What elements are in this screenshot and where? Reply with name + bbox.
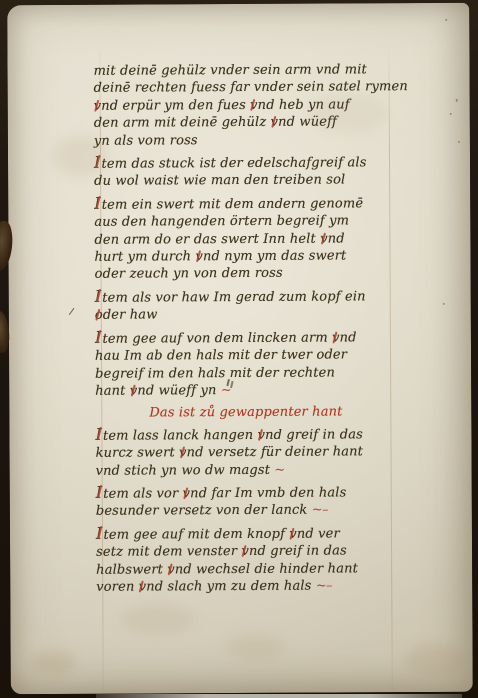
manuscript-line: Item gee auf mit dem knopf vnd ver xyxy=(96,524,408,544)
ink-text: er haw xyxy=(111,308,157,323)
manuscript-line: hant vnd wüeff yn ~ xyxy=(95,381,407,400)
manuscript-line: Item als vor haw Im gerad zum kopf ein xyxy=(95,287,407,307)
red-touched-word: vnd xyxy=(271,115,296,130)
speck xyxy=(443,303,445,305)
manuscript-line: den arm do er das swert Inn helt vnd xyxy=(94,230,406,249)
manuscript-line: setz mit dem venster vnd greif in das xyxy=(96,542,408,561)
manuscript-paragraph: Item als vor vnd far Im vmb den halsbesu… xyxy=(96,483,408,520)
ink-text: tem als vor xyxy=(103,486,182,501)
speck xyxy=(445,19,447,21)
chapter-rubric: Das ist zů gewappenter hant xyxy=(149,403,407,422)
ink-text: erpür ym den fues xyxy=(118,98,250,114)
red-touched-word: vnd xyxy=(183,486,208,501)
item-initial: I xyxy=(95,327,102,346)
manuscript-line: oder zeuch yn von dem ross xyxy=(95,265,407,284)
manuscript-line: oder haw xyxy=(95,305,407,324)
ink-text: versetz für deiner hant xyxy=(204,444,363,460)
manuscript-line: Item lass lanck hangen vnd greif in das xyxy=(95,425,407,445)
manuscript-paragraph: Item als vor haw Im gerad zum kopf einod… xyxy=(95,287,407,324)
red-touched-word: od xyxy=(95,308,112,323)
red-touched-word: vnd xyxy=(130,383,155,398)
speck xyxy=(458,141,460,143)
text-block: mit deinē gehülz vnder sein arm vnd mitd… xyxy=(94,61,409,601)
red-touched-word: vnd xyxy=(320,231,345,246)
ink-text: ver xyxy=(314,526,340,541)
item-initial: I xyxy=(96,523,103,542)
manuscript-line: vnd stich yn wo dw magst ~ xyxy=(96,461,408,480)
ink-text: yn als vom ross xyxy=(94,133,198,149)
ink-text: tem ein swert mit dem andern genomē xyxy=(102,196,364,212)
manuscript-line: Item das stuck ist der edelschafgreif al… xyxy=(94,153,406,173)
ink-text: nym ym das swert xyxy=(220,249,347,265)
ink-text: greif in das xyxy=(266,544,347,559)
ink-text: mit deinē gehülz vnder sein arm vnd mit xyxy=(94,62,367,78)
manuscript-paragraph: Item lass lanck hangen vnd greif in dask… xyxy=(95,425,407,480)
manuscript-line: voren vnd slach ym zu dem hals ~– xyxy=(96,577,408,596)
ink-text: besunder versetz von der lanck xyxy=(96,503,312,519)
ink-text: oder zeuch yn von dem ross xyxy=(95,266,283,282)
red-touched-word: vnd xyxy=(195,249,220,264)
item-initial: I xyxy=(95,287,102,306)
red-touched-word: vnd xyxy=(179,445,204,460)
red-touched-word: vnd xyxy=(94,98,119,113)
ink-text: tem das stuck ist der edelschafgreif als xyxy=(101,155,366,171)
manuscript-line: Item gee auf von dem lincken arm vnd xyxy=(95,328,407,348)
ink-text: tem gee auf von dem lincken arm xyxy=(102,330,332,346)
manuscript-line: du wol waist wie man den treiben sol xyxy=(94,172,406,191)
red-touched-word: vnd xyxy=(250,98,275,113)
speck xyxy=(450,113,452,115)
foxing-stain xyxy=(53,135,108,177)
ink-text: halbswert xyxy=(96,562,167,577)
manuscript-paragraph: Item ein swert mit dem andern genomēaus … xyxy=(94,194,406,284)
margin-caret-mark xyxy=(69,308,81,318)
ink-text: aus den hangenden örtern begreif ym xyxy=(94,214,349,230)
speck xyxy=(456,99,458,102)
red-touched-word: vnd xyxy=(241,544,266,559)
red-touched-word: vnd xyxy=(167,562,192,577)
item-initial: I xyxy=(96,483,103,502)
manuscript-line: halbswert vnd wechsel die hinder hant xyxy=(96,560,408,579)
manuscript-photo: mit deinē gehülz vnder sein arm vnd mitd… xyxy=(0,0,478,698)
ink-text: den arm mit deinē gehülz xyxy=(94,115,271,131)
ink-text: voren xyxy=(96,580,139,595)
ink-text: far Im vmb den hals xyxy=(207,485,346,501)
foxing-stain xyxy=(120,604,195,634)
red-touched-word: vnd xyxy=(139,579,164,594)
ink-text: kurcz swert xyxy=(96,445,180,460)
manuscript-line: hau Im ab den hals mit der twer oder xyxy=(95,346,407,365)
manuscript-line: besunder versetz von der lanck ~– xyxy=(96,501,408,520)
red-touched-word: vnd xyxy=(332,330,357,345)
ink-text: du wol waist wie man den treiben sol xyxy=(94,173,345,189)
ink-text: wüeff yn xyxy=(154,383,221,398)
ink-text: vnd stich yn wo dw magst xyxy=(96,462,275,478)
manuscript-paragraph: Item gee auf von dem lincken arm vndhau … xyxy=(95,328,407,400)
red-touched-word: vnd xyxy=(258,427,283,442)
manuscript-line: aus den hangenden örtern begreif ym xyxy=(94,212,406,231)
ink-text: hau Im ab den hals mit der twer oder xyxy=(95,348,347,364)
item-initial: I xyxy=(95,424,102,443)
ink-text: tem gee auf mit dem knopf xyxy=(103,526,289,542)
ink-text: hurt ym durch xyxy=(94,249,195,265)
manuscript-line: kurcz swert vnd versetz für deiner hant xyxy=(96,443,408,462)
manuscript-line: Item als vor vnd far Im vmb den hals xyxy=(96,483,408,503)
ink-text: slach ym zu dem hals xyxy=(163,579,316,595)
ink-text: tem lass lanck hangen xyxy=(103,428,258,444)
red-flourish: ~– xyxy=(316,578,332,593)
ink-text: tem als vor haw Im gerad zum kopf ein xyxy=(102,289,366,305)
foxing-stain xyxy=(308,93,388,133)
foxing-stain xyxy=(31,650,76,676)
manuscript-line: begreif im den hals mit der rechten xyxy=(95,364,407,383)
under-page-edge xyxy=(96,694,462,698)
foxing-stain xyxy=(225,634,285,660)
red-touched-word: vnd xyxy=(289,526,314,541)
ink-text: wechsel die hinder hant xyxy=(192,561,358,577)
red-flourish: ~ xyxy=(274,462,284,477)
manuscript-paragraph: Item gee auf mit dem knopf vnd versetz m… xyxy=(96,524,408,596)
manuscript-paragraph: Item das stuck ist der edelschafgreif al… xyxy=(94,153,406,190)
manuscript-line: Item ein swert mit dem andern genomē xyxy=(94,194,406,214)
manuscript-line: Das ist zů gewappenter hant xyxy=(149,403,407,422)
ink-text: begreif im den hals mit der rechten xyxy=(95,365,335,381)
manuscript-page: mit deinē gehülz vnder sein arm vnd mitd… xyxy=(7,3,473,694)
manuscript-line: mit deinē gehülz vnder sein arm vnd mit xyxy=(94,61,406,80)
manuscript-line: hurt ym durch vnd nym ym das swert xyxy=(94,247,406,266)
manuscript-line: yn als vom ross xyxy=(94,131,406,150)
foxing-stain xyxy=(406,643,466,677)
item-initial: I xyxy=(94,194,101,213)
ink-text: hant xyxy=(95,383,130,398)
ink-text: setz mit dem venster xyxy=(96,544,241,560)
red-flourish: ~– xyxy=(312,503,328,518)
ink-text: Das ist zů gewappenter hant xyxy=(149,405,342,421)
ink-text: den arm do er das swert Inn helt xyxy=(94,231,320,247)
ink-text: greif in das xyxy=(282,427,363,442)
